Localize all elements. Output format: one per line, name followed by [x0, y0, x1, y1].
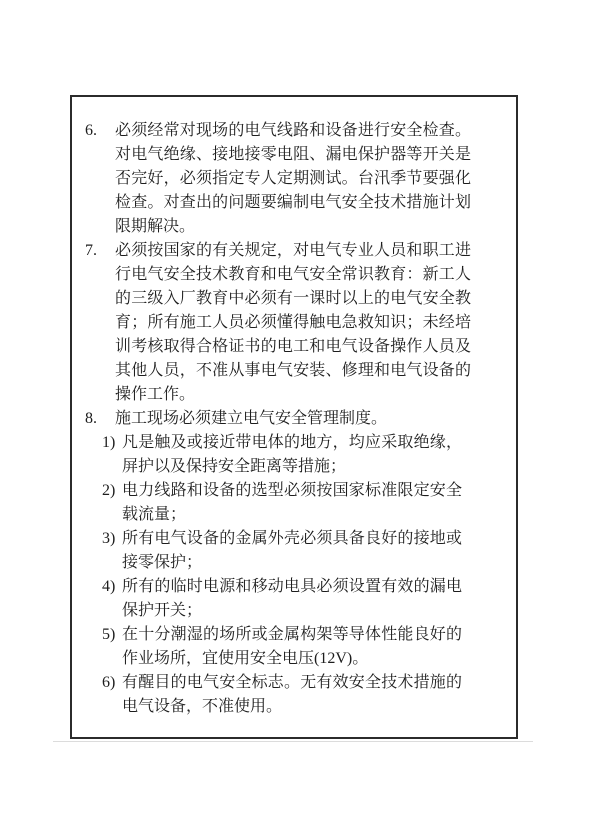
sub-item-number: 2) [102, 479, 122, 527]
sub-item-number: 1) [102, 431, 122, 479]
sub-item-number: 6) [102, 671, 122, 719]
item-number: 7. [85, 239, 115, 407]
sub-item-text: 有醒目的电气安全标志。无有效安全技术措施的电气设备，不准使用。 [122, 671, 462, 719]
sub-item-1: 1) 凡是触及或接近带电体的地方，均应采取绝缘，屏护以及保持安全距离等措施； [102, 431, 516, 479]
item-text: 必须按国家的有关规定，对电气专业人员和职工进行电气安全技术教育和电气安全常识教育… [115, 239, 471, 407]
document-frame: 6. 必须经常对现场的电气线路和设备进行安全检查。对电气绝缘、接地接零电阻、漏电… [70, 95, 518, 739]
sub-item-text: 凡是触及或接近带电体的地方，均应采取绝缘，屏护以及保持安全距离等措施； [122, 431, 462, 479]
item-number: 8. [85, 407, 115, 431]
sub-item-number: 5) [102, 623, 122, 671]
sub-item-2: 2) 电力线路和设备的选型必须按国家标准限定安全载流量； [102, 479, 516, 527]
sub-item-text: 电力线路和设备的选型必须按国家标准限定安全载流量； [122, 479, 462, 527]
sub-item-5: 5) 在十分潮湿的场所或金属构架等导体性能良好的作业场所，宜使用安全电压(12V… [102, 623, 516, 671]
list-item-7: 7. 必须按国家的有关规定，对电气专业人员和职工进行电气安全技术教育和电气安全常… [85, 239, 516, 407]
sub-item-number: 3) [102, 527, 122, 575]
sub-item-text: 所有电气设备的金属外壳必须具备良好的接地或接零保护； [122, 527, 462, 575]
list-item-6: 6. 必须经常对现场的电气线路和设备进行安全检查。对电气绝缘、接地接零电阻、漏电… [85, 119, 516, 239]
item-text: 施工现场必须建立电气安全管理制度。 [115, 407, 471, 431]
scan-artifact-line [53, 741, 533, 742]
item-text: 必须经常对现场的电气线路和设备进行安全检查。对电气绝缘、接地接零电阻、漏电保护器… [115, 119, 471, 239]
sub-item-text: 所有的临时电源和移动电具必须设置有效的漏电保护开关； [122, 575, 462, 623]
list-item-8: 8. 施工现场必须建立电气安全管理制度。 [85, 407, 516, 431]
sub-item-6: 6) 有醒目的电气安全标志。无有效安全技术措施的电气设备，不准使用。 [102, 671, 516, 719]
sub-item-text: 在十分潮湿的场所或金属构架等导体性能良好的作业场所，宜使用安全电压(12V)。 [122, 623, 462, 671]
sub-item-4: 4) 所有的临时电源和移动电具必须设置有效的漏电保护开关； [102, 575, 516, 623]
sub-item-number: 4) [102, 575, 122, 623]
document-page: 6. 必须经常对现场的电气线路和设备进行安全检查。对电气绝缘、接地接零电阻、漏电… [0, 0, 590, 835]
sub-item-3: 3) 所有电气设备的金属外壳必须具备良好的接地或接零保护； [102, 527, 516, 575]
item-number: 6. [85, 119, 115, 239]
